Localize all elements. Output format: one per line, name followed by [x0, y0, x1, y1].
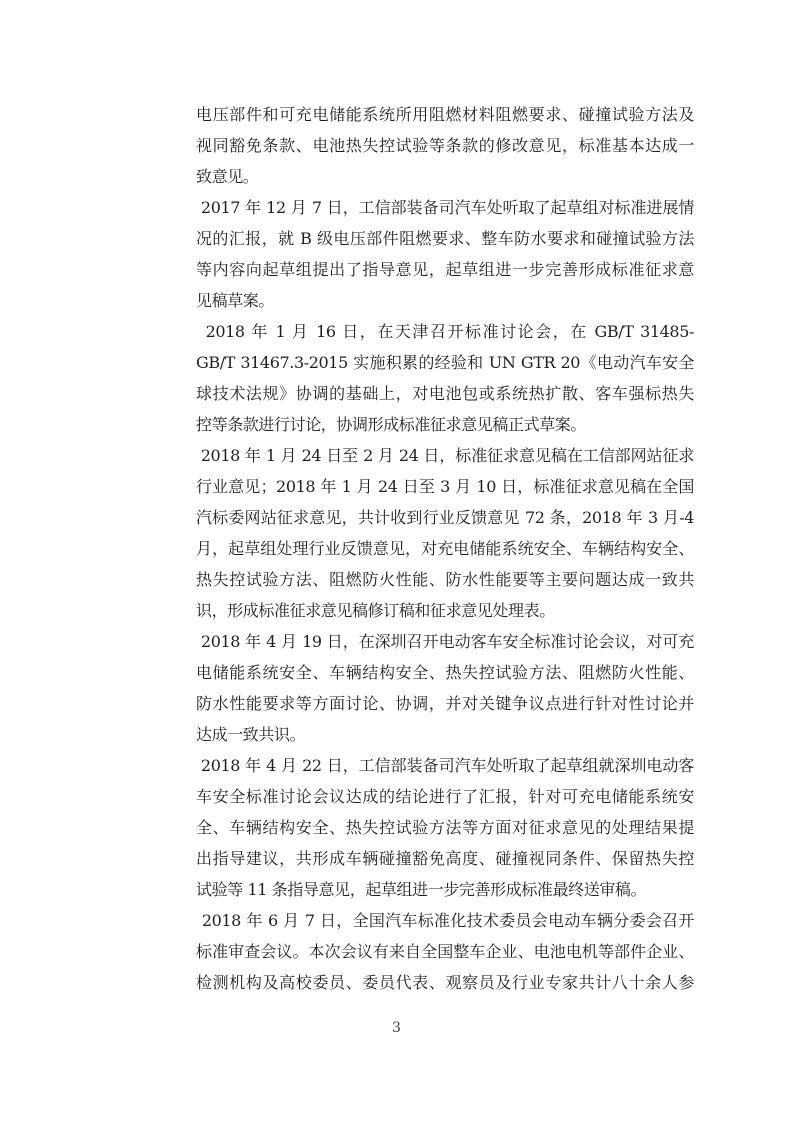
text-line: GB/T 31467.3-2015 实施积累的经验和 UN GTR 20《电动汽… — [196, 347, 694, 378]
text-line: 月，起草组处理行业反馈意见，对充电储能系统安全、车辆结构安全、 — [196, 533, 694, 564]
text-line: 全、车辆结构安全、热失控试验方法等方面对征求意见的处理结果提 — [196, 812, 694, 843]
text-line: 球技术法规》协调的基础上，对电池包或系统热扩散、客车强标热失 — [196, 378, 694, 409]
list-item-number: （12） — [196, 446, 201, 465]
text-line: 试验等 11 条指导意见，起草组进一步完善形成标准最终送审稿。 — [196, 874, 694, 905]
text-line: 视同豁免条款、电池热失控试验等条款的修改意见，标准基本达成一 — [196, 130, 694, 161]
text-line: （12）2018 年 1 月 24 日至 2 月 24 日，标准征求意见稿在工信… — [196, 440, 694, 471]
text-line: 致意见。 — [196, 161, 694, 192]
list-item-number: （14） — [196, 756, 201, 775]
text-line: 防水性能要求等方面讨论、协调，并对关键争议点进行针对性讨论并 — [196, 688, 694, 719]
text-line: （15）2018 年 6 月 7 日，全国汽车标准化技术委员会电动车辆分委会召开 — [196, 905, 694, 936]
text-line: （13）2018 年 4 月 19 日，在深圳召开电动客车安全标准讨论会议，对可… — [196, 626, 694, 657]
text-line: 况的汇报，就 B 级电压部件阻燃要求、整车防水要求和碰撞试验方法 — [196, 223, 694, 254]
paragraph: （10）2017 年 12 月 7 日，工信部装备司汽车处听取了起草组对标准进展… — [149, 192, 694, 316]
list-item-number: （13） — [196, 632, 201, 651]
document-body: 电压部件和可充电储能系统所用阻燃材料阻燃要求、碰撞试验方法及视同豁免条款、电池热… — [149, 99, 694, 998]
text-line: 车安全标准讨论会议达成的结论进行了汇报，针对可充电储能系统安 — [196, 781, 694, 812]
list-item-number: （10） — [196, 198, 201, 217]
text-line: 见稿草案。 — [196, 285, 694, 316]
text-line: 达成一致共识。 — [196, 719, 694, 750]
text-line: 电储能系统安全、车辆结构安全、热失控试验方法、阻燃防火性能、 — [196, 657, 694, 688]
text-line: 行业意见；2018 年 1 月 24 日至 3 月 10 日，标准征求意见稿在全… — [196, 471, 694, 502]
text-line: 电压部件和可充电储能系统所用阻燃材料阻燃要求、碰撞试验方法及 — [196, 99, 694, 130]
paragraph: （11）2018 年 1 月 16 日，在天津召开标准讨论会，在 GB/T 31… — [149, 316, 694, 440]
text-line: 等内容向起草组提出了指导意见，起草组进一步完善形成标准征求意 — [196, 254, 694, 285]
text-line: 标准审查会议。本次会议有来自全国整车企业、电池电机等部件企业、 — [196, 936, 694, 967]
text-line: 检测机构及高校委员、委员代表、观察员及行业专家共计八十余人参 — [196, 967, 694, 998]
paragraph: （14）2018 年 4 月 22 日，工信部装备司汽车处听取了起草组就深圳电动… — [149, 750, 694, 905]
document-page: 电压部件和可充电储能系统所用阻燃材料阻燃要求、碰撞试验方法及视同豁免条款、电池热… — [0, 0, 793, 1122]
list-item-number: （11） — [196, 322, 206, 341]
text-line: （11）2018 年 1 月 16 日，在天津召开标准讨论会，在 GB/T 31… — [196, 316, 694, 347]
text-line: 汽标委网站征求意见，共计收到行业反馈意见 72 条，2018 年 3 月-4 — [196, 502, 694, 533]
text-line: （10）2017 年 12 月 7 日，工信部装备司汽车处听取了起草组对标准进展… — [196, 192, 694, 223]
text-line: 控等条款进行讨论，协调形成标准征求意见稿正式草案。 — [196, 409, 694, 440]
paragraph: （12）2018 年 1 月 24 日至 2 月 24 日，标准征求意见稿在工信… — [149, 440, 694, 626]
paragraph: 电压部件和可充电储能系统所用阻燃材料阻燃要求、碰撞试验方法及视同豁免条款、电池热… — [149, 99, 694, 192]
text-line: 识，形成标准征求意见稿修订稿和征求意见处理表。 — [196, 595, 694, 626]
text-line: （14）2018 年 4 月 22 日，工信部装备司汽车处听取了起草组就深圳电动… — [196, 750, 694, 781]
text-line: 热失控试验方法、阻燃防火性能、防水性能要等主要问题达成一致共 — [196, 564, 694, 595]
paragraph: （13）2018 年 4 月 19 日，在深圳召开电动客车安全标准讨论会议，对可… — [149, 626, 694, 750]
text-line: 出指导建议，共形成车辆碰撞豁免高度、碰撞视同条件、保留热失控 — [196, 843, 694, 874]
paragraph: （15）2018 年 6 月 7 日，全国汽车标准化技术委员会电动车辆分委会召开… — [149, 905, 694, 998]
list-item-number: （15） — [196, 911, 202, 930]
page-number: 3 — [0, 1020, 793, 1036]
